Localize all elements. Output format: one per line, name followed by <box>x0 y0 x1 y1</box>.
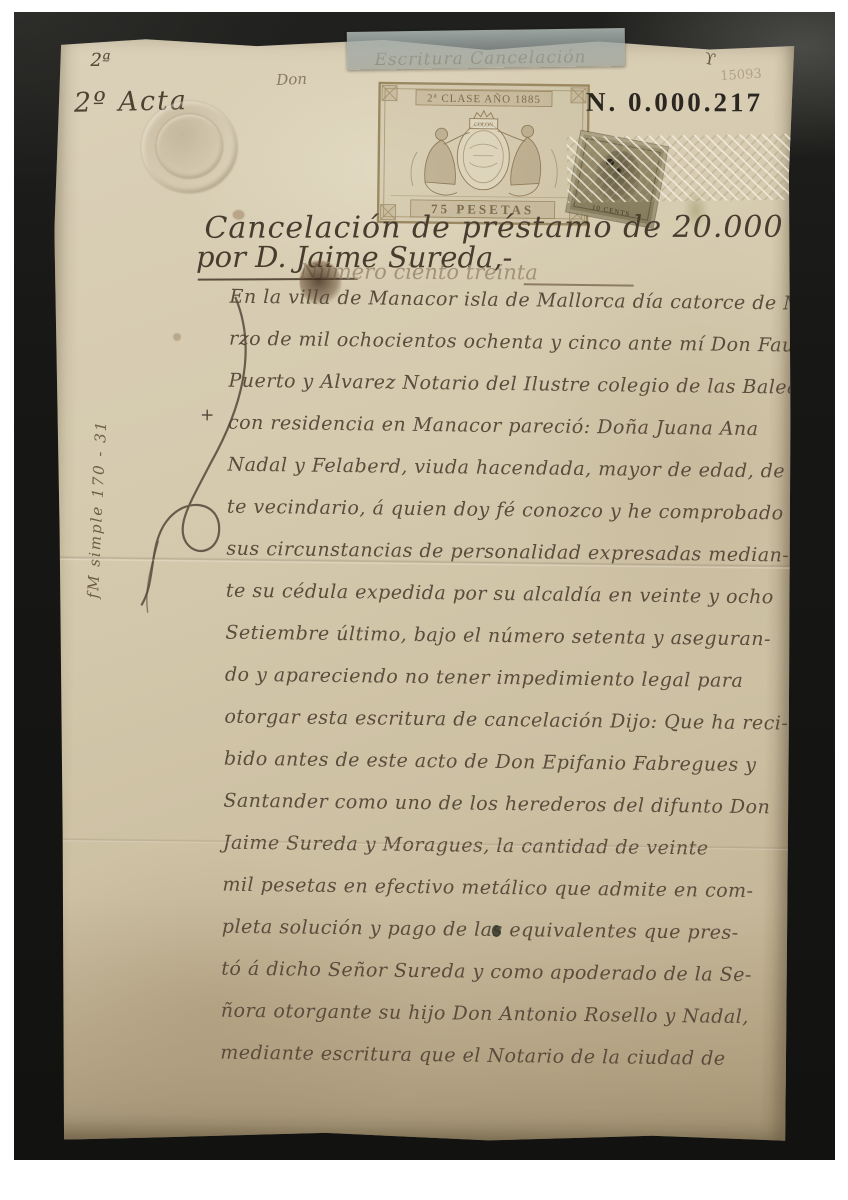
deed-line: bido antes de este acto de Don Epifanio … <box>224 738 802 787</box>
photograph-of-notarial-document: 2ª 2º Acta Don Escritura Cancelación 150… <box>0 0 848 1200</box>
photo-backdrop: 2ª 2º Acta Don Escritura Cancelación 150… <box>14 12 835 1160</box>
deed-line: Puerto y Alvarez Notario del Ilustre col… <box>228 360 806 409</box>
embossed-dry-seal <box>141 101 238 194</box>
fiscal-revenue-stamp: 2ª CLASE AÑO 1885 75 PESETAS <box>376 81 590 226</box>
serial-number: N. 0.000.217 <box>586 87 763 119</box>
deed-line: ñora otorgante su hijo Don Antonio Rosel… <box>221 990 799 1039</box>
margin-filing-note: fM simple 170 - 31 <box>84 419 110 598</box>
ink-check-mark: ϒ <box>703 49 717 70</box>
notarial-paraph-flourish <box>113 290 277 632</box>
deed-line: mediante escritura que el Notario de la … <box>220 1032 798 1081</box>
deed-line: te su cédula expedida por su alcaldía en… <box>226 570 804 619</box>
archival-tape-strip <box>347 28 626 70</box>
deed-line: Setiembre último, bajo el número setenta… <box>225 612 803 661</box>
deed-line: do y apareciendo no tener impedimiento l… <box>225 654 803 703</box>
deed-line: tó á dicho Señor Sureda y como apoderado… <box>221 948 799 997</box>
deed-line: mil pesetas en efectivo metálico que adm… <box>222 864 800 913</box>
deed-line: Nadal y Felaberd, viuda hacendada, mayor… <box>227 444 805 493</box>
foxing-spot <box>173 333 181 341</box>
foxing-spot <box>233 210 245 220</box>
deed-line: Santander como uno de los herederos del … <box>223 780 801 829</box>
fiscal-stamp-engraving: 2ª CLASE AÑO 1885 75 PESETAS <box>376 81 590 226</box>
embossed-seal-inner-ring <box>155 113 224 180</box>
deed-line: sus circunstancias de personalidad expre… <box>226 528 804 577</box>
don-annotation: Don <box>276 70 307 89</box>
deed-body-text: En la villa de Manacor isla de Mallorca … <box>220 276 808 1081</box>
pencil-number-annotation: 15093 <box>720 67 762 84</box>
class-annotation: 2ª <box>90 50 110 71</box>
deed-line: pleta solución y pago de las equivalente… <box>222 906 800 955</box>
punch-cancellation-lattice <box>567 134 800 203</box>
deed-line: con residencia en Manacor pareció: Doña … <box>228 402 806 451</box>
fiscal-stamp-center-label: COLON <box>474 122 493 128</box>
deed-line: otorgar esta escritura de cancelación Di… <box>224 696 802 745</box>
deed-line: te vecindario, á quien doy fé conozco y … <box>227 486 805 535</box>
manuscript-page: 2ª 2º Acta Don Escritura Cancelación 150… <box>43 32 798 1149</box>
deed-line: rzo de mil ochocientos ochenta y cinco a… <box>229 318 807 367</box>
deed-line: En la villa de Manacor isla de Mallorca … <box>229 276 807 325</box>
fiscal-stamp-class-text: 2ª CLASE AÑO 1885 <box>427 93 541 106</box>
